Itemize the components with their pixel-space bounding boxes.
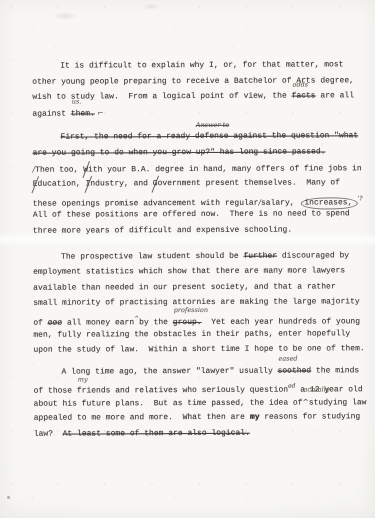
typed-text: about his future plans. But as time pass… bbox=[34, 398, 303, 408]
typed-text: of bbox=[33, 319, 47, 328]
typed-text: The prospective law student should be bbox=[61, 251, 243, 261]
text-line: wish to study law. From a logical point … bbox=[32, 88, 366, 105]
typed-text: studying law bbox=[309, 398, 367, 407]
typed-text: against bbox=[32, 109, 70, 118]
handwritten-annotation: profession bbox=[174, 307, 208, 314]
paragraph: It is difficult to explain why I, or, fo… bbox=[32, 57, 366, 121]
edited-word: us.them. bbox=[71, 106, 95, 122]
typed-text: I bbox=[86, 177, 91, 193]
handwritten-annotation: Answer to bbox=[196, 122, 229, 129]
text-line: /Then too, With your B.A. degree in hand… bbox=[33, 160, 367, 177]
scanned-document-page: It is difficult to explain why I, or, fo… bbox=[0, 0, 375, 518]
text-line: First, the need for a ready Answer todef… bbox=[32, 129, 366, 146]
handwritten-edit: ed bbox=[288, 383, 295, 390]
typed-text: ith your B.A. degree in hand, many offer… bbox=[88, 164, 362, 174]
text-line: appealed to me more and more. What then … bbox=[34, 410, 368, 427]
typed-text: ducation, bbox=[38, 180, 86, 189]
edited-word: easedsoothed bbox=[278, 363, 312, 379]
typed-text: discouraged by bbox=[277, 251, 349, 260]
typed-text: It is difficult to explain why I, or, fo… bbox=[60, 60, 343, 70]
handwritten-annotation: my bbox=[78, 376, 88, 383]
typed-text: Then too, bbox=[35, 165, 83, 174]
text-line: available than needed in our present soc… bbox=[33, 279, 367, 296]
typed-text: overnment present themselves. Many of bbox=[158, 179, 340, 189]
handwritten-annotation: actually bbox=[303, 387, 329, 394]
text-line: It is difficult to explain why I, or, fo… bbox=[32, 57, 366, 74]
typed-text: defense against bbox=[195, 132, 267, 141]
typed-text: reasons for studying bbox=[259, 413, 360, 422]
text-line: employment statistics which show that th… bbox=[33, 263, 367, 280]
typed-text: A long time ago, the answer "lawyer" usu… bbox=[62, 366, 278, 376]
paper-stain bbox=[142, 3, 160, 10]
typed-text: the minds bbox=[311, 366, 359, 375]
text-line: these openings promise advancement with … bbox=[33, 191, 367, 208]
edited-word: myfriends bbox=[77, 384, 111, 400]
typed-text: All of these positions are offered now. … bbox=[33, 210, 350, 220]
paragraph: A long time ago, the answer "lawyer" usu… bbox=[33, 363, 367, 442]
typed-text: by the bbox=[139, 318, 173, 327]
typed-text: appealed to me more and more. What then … bbox=[34, 413, 250, 423]
typed-text: At least some of them are also logical. bbox=[63, 429, 250, 439]
paragraph: The prospective law student should be fu… bbox=[33, 248, 367, 359]
text-line: The prospective law student should be fu… bbox=[33, 248, 367, 265]
typed-text: soothed bbox=[278, 366, 312, 375]
typed-text: all money earn bbox=[62, 318, 134, 327]
typed-text: are you going to do when you grow up?" h… bbox=[33, 147, 326, 157]
typed-text: further bbox=[243, 251, 277, 260]
typed-text: upon the study of law. Within a short ti… bbox=[33, 344, 364, 354]
text-line: law? At least some of them are also logi… bbox=[34, 425, 368, 442]
typed-text: available than needed in our present soc… bbox=[33, 282, 335, 292]
typed-text: law? bbox=[34, 430, 63, 439]
scan-speck bbox=[7, 496, 10, 499]
handwritten-annotation: eased bbox=[279, 356, 298, 363]
handwritten-annotation: odds bbox=[293, 81, 309, 88]
typed-text: the question "what bbox=[267, 132, 358, 141]
text-line: of øøø all money earn^by the professiong… bbox=[33, 310, 367, 327]
edited-word: actually^ bbox=[302, 394, 308, 411]
text-line: upon the study of law. Within a short ti… bbox=[33, 341, 367, 358]
typed-text: my bbox=[250, 413, 260, 422]
typed-text: group. bbox=[173, 318, 202, 327]
text-line: against us.them. ⌐ bbox=[32, 104, 366, 121]
typed-text: ndustry, and bbox=[90, 179, 152, 188]
handwritten-edit: ʼ? bbox=[357, 195, 362, 202]
handwritten-edit: ⌐ bbox=[95, 108, 104, 117]
typed-text: E bbox=[33, 177, 38, 193]
paper-stain bbox=[52, 12, 78, 20]
edited-word: Answer todefense against bbox=[195, 129, 267, 145]
typed-text: friends bbox=[77, 387, 111, 396]
edited-word: oddsfacts bbox=[292, 89, 316, 105]
typed-text: W bbox=[83, 162, 88, 178]
typed-text: facts bbox=[292, 92, 316, 101]
edited-word: professiongroup. bbox=[173, 315, 202, 331]
typed-text: are all bbox=[316, 92, 354, 101]
text-line: are you going to do when you grow up?" h… bbox=[33, 144, 367, 161]
typed-text: employment statistics which show that th… bbox=[33, 266, 345, 276]
text-line: three more years of difficult and expens… bbox=[33, 222, 367, 239]
text-line: All of these positions are offered now. … bbox=[33, 207, 367, 224]
typed-text: øøø bbox=[48, 319, 62, 328]
text-line: other young people preparing to receive … bbox=[32, 73, 366, 90]
handwritten-annotation: us. bbox=[72, 99, 82, 106]
typed-text: three more years of difficult and expens… bbox=[33, 226, 292, 236]
typed-text: them. bbox=[71, 109, 95, 118]
paragraph: First, the need for a ready Answer todef… bbox=[32, 129, 366, 240]
typed-text: G bbox=[153, 176, 158, 192]
handwritten-edit: ^ bbox=[302, 397, 308, 406]
typed-text: First, the need for a ready bbox=[60, 132, 194, 142]
typewritten-text-block: It is difficult to explain why I, or, fo… bbox=[32, 57, 368, 442]
